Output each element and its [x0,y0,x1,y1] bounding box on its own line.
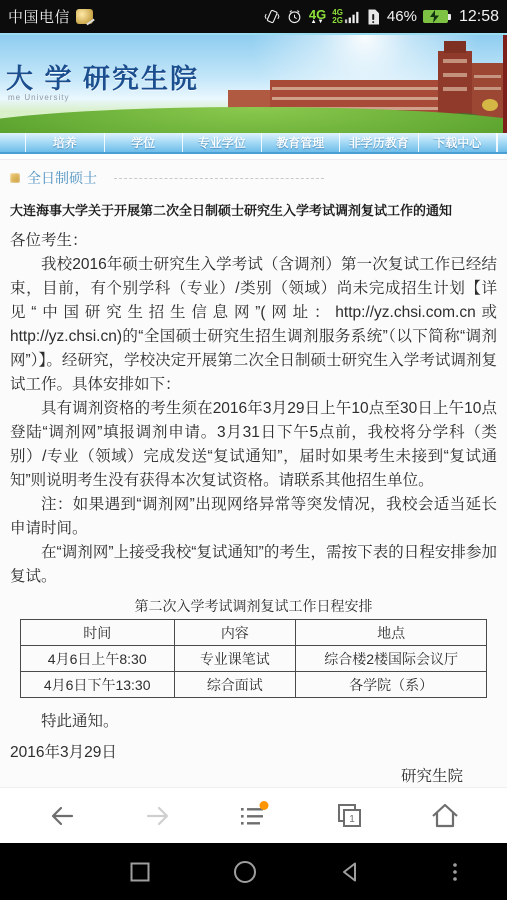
col-header-location: 地点 [295,620,486,646]
menu-list-icon [236,799,270,833]
cell-time: 4月6日上午8:30 [20,646,174,672]
notice-article: 大连海事大学关于开展第二次全日制硕士研究生入学考试调剂复试工作的通知 各位考生：… [0,202,507,787]
phone-screen: 中国电信 4G ▲▼ 4G 2G [0,0,507,900]
breadcrumb: 全日制硕士 [0,160,507,192]
nav-item-jiaoyu-guanli[interactable]: 教育管理 [262,133,341,152]
site-banner: 大 学 研究生院 me University [0,33,507,133]
alarm-clock-icon [286,8,303,25]
status-bar: 中国电信 4G ▲▼ 4G 2G [0,0,507,33]
overflow-dots-icon [442,859,468,885]
android-menu-button[interactable] [433,850,477,894]
nav-item-xiazai-zhongxin[interactable]: 下载中心 [419,133,498,152]
vibrate-icon [263,8,280,25]
back-triangle-icon [337,859,363,885]
signal-bars-icon [344,10,359,25]
tabs-icon: 1 [332,799,366,833]
article-signature: 研究生院 [10,764,463,786]
tab-count-label: 1 [350,814,356,825]
article-paragraph: 我校2016年硕士研究生入学考试（含调剂）第一次复试工作已经结束，目前，有个别学… [10,253,497,397]
cell-location: 各学院（系） [295,672,486,698]
mobile-data-4g-icon: 4G ▲▼ [309,9,326,25]
nav-item-peiyang[interactable]: 培养 [26,133,105,152]
schedule-table: 时间 内容 地点 4月6日上午8:30 专业课笔试 综合楼2楼国际会议厅 4月6… [20,619,488,698]
sim-card-icon [365,8,381,26]
data-arrows-icon: ▲▼ [309,20,326,25]
browser-tabs-button[interactable]: 1 [329,796,369,836]
browser-home-button[interactable] [425,796,465,836]
android-home-button[interactable] [223,850,267,894]
site-title-english: me University [8,93,69,102]
battery-percent-label: 46% [387,8,417,25]
nav-item-xuewei[interactable]: 学位 [105,133,184,152]
cell-time: 4月6日下午13:30 [20,672,174,698]
browser-forward-button[interactable] [138,796,178,836]
main-navigation: 培养 学位 专业学位 教育管理 非学历教育 下载中心 [0,133,507,154]
table-row: 4月6日上午8:30 专业课笔试 综合楼2楼国际会议厅 [20,646,487,672]
notification-app-icon [76,9,93,24]
article-salutation: 各位考生： [10,229,497,253]
col-header-time: 时间 [20,620,174,646]
grass-decoration [0,107,507,133]
battery-icon [423,10,451,23]
site-title: 大 学 研究生院 [6,57,199,96]
table-row: 4月6日下午13:30 综合面试 各学院（系） [20,672,487,698]
article-paragraph: 在“调剂网”上接受我校“复试通知”的考生，需按下表的日程安排参加复试。 [10,541,497,589]
android-recents-button[interactable] [118,850,162,894]
breadcrumb-dashed-line [114,178,324,179]
status-icons: 4G ▲▼ 4G 2G 46% [263,8,499,26]
breadcrumb-label[interactable]: 全日制硕士 [27,168,97,188]
nav-cutoff-right [497,133,507,152]
browser-back-button[interactable] [42,796,82,836]
table-header-row: 时间 内容 地点 [20,620,487,646]
recents-square-icon [127,859,153,885]
forward-arrow-icon [142,800,174,832]
schedule-table-caption: 第二次入学考试调剂复试工作日程安排 [10,596,497,616]
status-time: 12:58 [459,8,499,26]
col-header-content: 内容 [174,620,295,646]
nav-item-zhuanye-xuewei[interactable]: 专业学位 [183,133,262,152]
cell-content: 综合面试 [174,672,295,698]
home-circle-icon [231,858,259,886]
breadcrumb-marker-icon [10,173,20,183]
browser-menu-button[interactable] [233,796,273,836]
article-title: 大连海事大学关于开展第二次全日制硕士研究生入学考试调剂复试工作的通知 [10,202,497,220]
cell-location: 综合楼2楼国际会议厅 [295,646,486,672]
android-back-button[interactable] [328,850,372,894]
article-paragraph: 具有调剂资格的考生须在2016年3月29日上午10点至30日上午10点登陆“调剂… [10,397,497,493]
browser-toolbar: 1 [0,787,507,843]
nav-cutoff-left [0,133,26,152]
back-arrow-icon [46,800,78,832]
cell-content: 专业课笔试 [174,646,295,672]
article-paragraph: 注：如果遇到“调剂网”出现网络异常等突发情况，我校会适当延长申请时间。 [10,493,497,541]
nav-item-feixueli-jiaoyu[interactable]: 非学历教育 [340,133,419,152]
android-navigation-bar [0,843,507,900]
web-page-content: 全日制硕士 大连海事大学关于开展第二次全日制硕士研究生入学考试调剂复试工作的通知… [0,154,507,787]
article-closing: 特此通知。 [10,709,497,731]
home-icon [428,799,462,833]
notification-dot [260,801,269,810]
article-date: 2016年3月29日 [10,740,497,762]
page-edge-strip [503,35,507,133]
carrier-label: 中国电信 [8,6,70,27]
signal-strength-icon: 4G 2G [332,9,359,25]
